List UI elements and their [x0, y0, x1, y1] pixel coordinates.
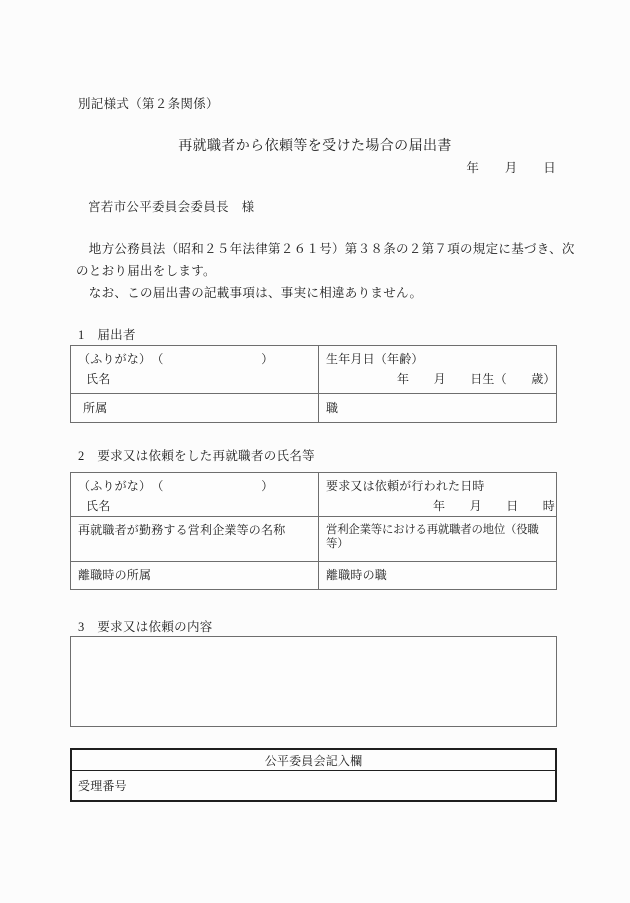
affiliation-label: 所属: [83, 401, 310, 415]
requester-name-cell: （ふりがな） （ ） 氏名: [71, 473, 319, 516]
company-position-label: 営利企業等における再就職者の地位（役職等）: [326, 523, 548, 551]
request-datetime-blank-line: 年 月 日 時: [326, 499, 548, 513]
office-use-table: 公平委員会記入欄 受理番号: [70, 748, 557, 802]
company-name-label: 再就職者が勤務する営利企業等の名称: [78, 523, 310, 537]
table-row: （ふりがな） （ ） 氏名 生年月日（年齢） 年 月 日生（ 歳）: [71, 346, 556, 394]
notifier-name-cell: （ふりがな） （ ） 氏名: [71, 346, 319, 393]
office-use-header: 公平委員会記入欄: [72, 750, 555, 771]
receipt-number-row: 受理番号: [72, 771, 555, 800]
addressee-line: 宮若市公平委員会委員長 様: [88, 200, 254, 215]
document-page: 別記様式（第２条関係） 再就職者から依頼等を受けた場合の届出書 年 月 日 宮若…: [0, 0, 630, 903]
request-datetime-cell: 要求又は依頼が行われた日時 年 月 日 時: [319, 473, 556, 516]
date-line: 年 月 日: [466, 161, 556, 176]
body-paragraph-line-3: なお、この届出書の記載事項は、事実に相違ありません。: [76, 286, 422, 301]
birth-date-blank-line: 年 月 日生（ 歳）: [326, 372, 548, 386]
former-post-label: 離職時の職: [326, 568, 548, 582]
former-post-cell: 離職時の職: [319, 562, 556, 589]
body-paragraph-line-2: のとおり届出をします。: [76, 264, 216, 279]
affiliation-cell: 所属: [71, 394, 319, 422]
section-3-heading: 3 要求又は依頼の内容: [78, 620, 213, 635]
name-label: 氏名: [86, 372, 310, 386]
form-note: 別記様式（第２条関係）: [78, 97, 219, 112]
furigana-label: （ふりがな） （ ）: [78, 352, 310, 366]
company-name-cell: 再就職者が勤務する営利企業等の名称: [71, 517, 319, 561]
former-affiliation-cell: 離職時の所属: [71, 562, 319, 589]
requester-table: （ふりがな） （ ） 氏名 要求又は依頼が行われた日時 年 月 日 時 再就職者…: [70, 472, 557, 590]
document-title: 再就職者から依頼等を受けた場合の届出書: [0, 138, 630, 155]
post-label: 職: [326, 401, 548, 415]
receipt-number-label: 受理番号: [78, 779, 127, 793]
table-row: （ふりがな） （ ） 氏名 要求又は依頼が行われた日時 年 月 日 時: [71, 473, 556, 517]
body-paragraph-line-1: 地方公務員法（昭和２５年法律第２６１号）第３８条の２第７項の規定に基づき、次: [76, 242, 575, 257]
post-cell: 職: [319, 394, 556, 422]
birth-date-cell: 生年月日（年齢） 年 月 日生（ 歳）: [319, 346, 556, 393]
section-2-heading: 2 要求又は依頼をした再就職者の氏名等: [78, 449, 315, 464]
former-affiliation-label: 離職時の所属: [78, 568, 310, 582]
section-1-heading: 1 届出者: [78, 328, 136, 343]
table-row: 離職時の所属 離職時の職: [71, 562, 556, 589]
request-datetime-label: 要求又は依頼が行われた日時: [326, 479, 548, 493]
table-row: 所属 職: [71, 394, 556, 422]
table-row: 再就職者が勤務する営利企業等の名称 営利企業等における再就職者の地位（役職等）: [71, 517, 556, 562]
name-label: 氏名: [86, 499, 310, 513]
notifier-table: （ふりがな） （ ） 氏名 生年月日（年齢） 年 月 日生（ 歳） 所属 職: [70, 345, 557, 423]
company-position-cell: 営利企業等における再就職者の地位（役職等）: [319, 517, 556, 561]
birth-date-label: 生年月日（年齢）: [326, 352, 548, 366]
request-content-box: [70, 636, 557, 727]
furigana-label: （ふりがな） （ ）: [78, 479, 310, 493]
